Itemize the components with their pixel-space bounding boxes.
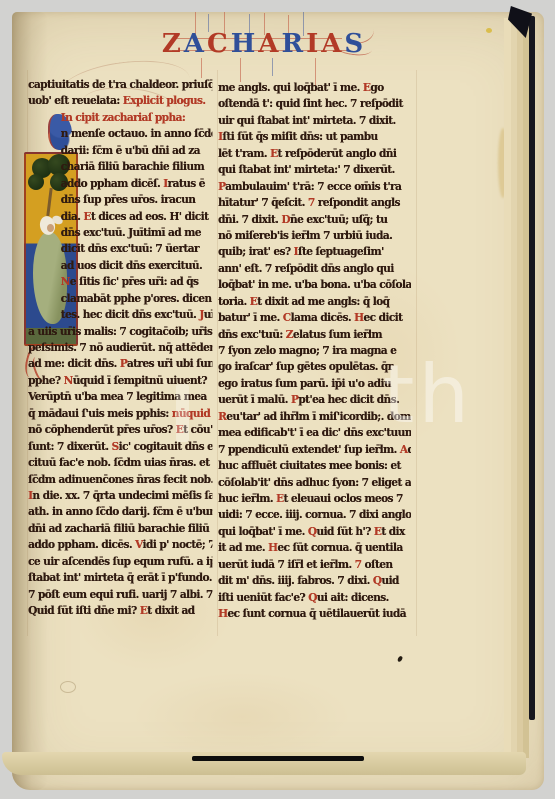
manuscript-page: ZACHARIAS captiuitatis de t'ra chaldeor.… [12,12,544,790]
text-line: lēt t'ram. Et reſpōderūt anglo dn̄i [218,146,411,162]
text-line: 7 ppendiculū extendet' ſup ier̄lm. Ad [218,442,411,458]
text-run: ad me: dicit dn̄s. [28,357,120,370]
text-line: ce uir aſcendēs ſup equm rufū. a ip̄e [28,554,212,570]
text-line: dn̄i ad zachariā filiū barachie filiū [28,521,212,537]
text-run: pt'ea hec dicit dn̄s. [298,393,399,406]
text-run: E [374,525,381,538]
text-line: hītatur' 7 q̄eſcit. 7 reſpondit angls [218,195,411,211]
text-line: ad me: dicit dn̄s. Patres ur̄i ubi ſunt [28,356,212,372]
text-run: ego iratus ſum parū. ip̄i u'o adiu [218,377,391,390]
text-run: uerūt iudā 7 iſr̄l et ier̄lm. [218,558,355,571]
text-run: tes. hec dicit dn̄s exc'tuū. [61,308,200,321]
text-run: hītatur' 7 q̄eſcit. [218,196,308,209]
text-line: huc affluēt ciuitates mee bonis: et [218,458,411,474]
text-run: a uiis ur̄is malis: 7 cogitac̄oib; ur̄is [28,325,212,338]
text-run: Q [308,525,317,538]
text-line: uerūt iudā 7 iſr̄l et ier̄lm. 7 oſten [218,557,411,573]
text-run: ce uir aſcendēs ſup equm rufū. a ip̄e [28,555,212,568]
text-run: ſti ſūt q̄s miſit dn̄s: ut pambu [222,130,377,143]
text-run: 7 ſyon zelo magno; 7 ira magna e [218,344,396,357]
text-run: ec ſūt cornua. q̄ uentila [277,541,402,554]
page-edge [504,18,511,758]
text-run: nō miſereb'is ier̄lm 7 urbiū iuda. [218,229,392,242]
header-letter: H [231,31,257,57]
text-line: dn̄s ſup pr̄es ur̄os. iracun [28,192,212,208]
text-run: huc affluēt ciuitates mee bonis: et [218,459,401,472]
bottom-page-edges [2,752,526,775]
text-run: ſte ſeptuageſim' [298,245,384,258]
text-run: dit m' dn̄s. iiij. fabros. 7 dixi. [218,574,373,587]
text-run: idi p' noctē; 7 ec [142,538,212,551]
text-line: uob' eſt reuelata: Explicit plogus. [28,93,212,109]
text-line: huc ier̄lm. Et eleuaui oclos meos 7 [218,491,411,507]
text-run: cōſolab'it' dn̄s adhuc ſyon: 7 eliget ad [218,476,411,489]
text-run: ec dicit [363,311,402,324]
text-run: t dixit ad [147,604,194,617]
text-run: Q [373,574,382,587]
header-letter: A [321,31,342,57]
text-run: qui loq̄bat' ī me. [218,525,308,538]
text-run: n menſe octauo. in anno ſc̄do [61,127,213,140]
text-run: huc ier̄lm. [218,492,276,505]
text-run: uerūt ī malū. [218,393,291,406]
text-line: ego iratus ſum parū. ip̄i u'o adiu [218,376,411,392]
text-run: ath. in anno ſc̄do darij. fc̄m ē u'bum [28,505,212,518]
text-line: In cipit zachariaſ ppha: [28,110,212,126]
text-line: nō miſereb'is ier̄lm 7 urbiū iuda. [218,228,411,244]
text-line: ad uos dicit dn̄s exercituū. [28,258,212,274]
text-run: uid ſūt h'? [316,525,373,538]
text-line: toria. Et dixit ad me angls: q̄ loq̄ [218,294,411,310]
text-line: Pambulauim' t'rā: 7 ecce om̄is t'ra [218,179,411,195]
text-run: P [120,357,127,370]
text-line: quib; irat' es? Iſte ſeptuageſim' [218,244,411,260]
text-run: dicit dn̄s exc'tuū: 7 ūertar [61,242,199,255]
text-line: loq̄bat' in me. u'ba bona. u'ba cōſola [218,277,411,293]
text-line: it ad me. Hec ſūt cornua. q̄ uentila [218,540,411,556]
text-run: dn̄i ad zachariā filiū barachie filiū [28,522,209,535]
text-run: quib; irat' es? [218,245,294,258]
header-letter: A [258,31,279,57]
text-line: dn̄s exc'tuū. Juītimī ad me [28,225,212,241]
text-run: 7 [308,196,315,209]
text-run: dn̄s exc'tuū. Juītimī ad me [61,226,201,239]
text-run: H [268,541,277,554]
text-line: dn̄s exc'tuū: Zelatus ſum ier̄lm [218,327,411,343]
text-run: P [291,393,298,406]
text-line: Reu'tar' ad ihr̄lm ī miſ'icordib;. dom' [218,409,411,425]
text-run: d [407,443,411,456]
text-run: uob' eſt reuelata: [28,94,123,107]
text-line: uir qui ſtabat int' mirteta. 7 dixit. [218,113,411,129]
text-line: Iſti ſūt q̄s miſit dn̄s: ut pambu [218,129,411,145]
text-run: E [176,423,183,436]
pen-flourish [240,58,241,82]
text-run: ūquid ī ſempitnū uiuent? [73,374,207,387]
text-line: qui loq̄bat' ī me. Quid ſūt h'? Et dix [218,524,411,540]
text-run: e ſitis ſic' pr̄es ur̄i: ad q̄s [70,275,199,288]
text-run: t cōu'ſi [183,423,212,436]
text-run: oſten [361,558,392,571]
header-letter: Z [162,31,182,57]
text-line: pphe? Nūquid ī ſempitnū uiuent? [28,373,212,389]
text-run: D [281,213,290,226]
text-line: ath. in anno ſc̄do darij. fc̄m ē u'bum [28,504,212,520]
text-run: uir qui ſtabat int' mirteta. 7 dixit. [218,114,396,127]
text-run: nō cōphenderūt pr̄es ur̄os? [28,423,176,436]
text-line: Hec ſunt cornua q̄ uētilauerūt iudā [218,606,411,622]
text-run: Z [286,328,293,341]
text-line: peſsimis. 7 nō audierūt. nq̄ attēderūt [28,340,212,356]
text-run: ad uos dicit dn̄s exercituū. [61,259,202,272]
text-run: uidi: 7 ecce. iiij. cornua. 7 dixi anglo… [218,508,411,521]
text-run: E [250,295,257,308]
text-line: tes. hec dicit dn̄s exc'tuū. Juītimī [28,307,212,323]
text-run: t dix [381,525,404,538]
text-run: n die. xx. 7 q̄rta undecimi mēſis ſab [32,489,212,502]
text-line: Ne ſitis ſic' pr̄es ur̄i: ad q̄s [28,274,212,290]
text-run: atres ur̄i ubi ſunt [127,357,212,370]
text-line: mea edificab't' ī ea dic' dn̄s exc'tuum. [218,425,411,441]
text-run: clamabāt pphe p'ores. dicen [61,292,212,305]
text-line: addo ppham dicēſ. Iratus ē [28,176,212,192]
text-line: addo ppham. dicēs. Vidi p' noctē; 7 ec [28,537,212,553]
text-run: cituū fac'e nob. ſc̄dm uias n̄ras. et [28,456,209,469]
text-line: dit m' dn̄s. iiij. fabros. 7 dixi. Quid [218,573,411,589]
running-title-zacharias: ZACHARIAS [170,28,356,60]
text-line: ſunt: 7 dixerūt. Sic' cogitauit dn̄s ex' [28,439,212,455]
text-run: n̄e exc'tuū; uſq̄; tu [290,213,387,226]
text-run: 7 pōſt eum equi rufi. uarij 7 albi. 7 di… [28,588,212,601]
text-line: cituū fac'e nob. ſc̄dm uias n̄ras. et [28,455,212,471]
text-line: uidi: 7 ecce. iiij. cornua. 7 dixi anglo… [218,507,411,523]
photo-background: ZACHARIAS captiuitatis de t'ra chaldeor.… [0,0,555,799]
text-run: Quid ſūt iſti dn̄e mi? [28,604,140,617]
text-run: t eleuaui oclos meos 7 [283,492,402,505]
book-cover-edge [529,16,535,720]
text-line: Quid ſūt iſti dn̄e mi? Et dixit ad [28,603,212,619]
text-line: cōſolab'it' dn̄s adhuc ſyon: 7 eliget ad [218,475,411,491]
text-line: 7 ſyon zelo magno; 7 ira magna e [218,343,411,359]
text-run: toria. [218,295,250,308]
text-run: ratus ē [168,177,205,190]
text-run: uītimī [204,308,213,321]
text-line: go iraſcar' ſup gētes opulētas. q̄r [218,359,411,375]
text-run: pphe? [28,374,64,387]
text-column-left: captiuitatis de t'ra chaldeor. priuſq̄uo… [28,77,220,619]
text-run: E [270,147,277,160]
text-run: ec ſunt cornua q̄ uētilauerūt iudā [227,607,406,620]
text-line: dn̄i. 7 dixit. Dn̄e exc'tuū; uſq̄; tu [218,212,411,228]
text-line: n menſe octauo. in anno ſc̄do [28,126,212,142]
text-line: dia. Et dices ad eos. H' dicit [28,209,212,225]
text-line: ſtabat int' mirteta q̄ erāt ī p'fundo. [28,570,212,586]
text-run: E [363,81,370,94]
text-run: batur' ī me. [218,311,283,324]
text-run: qui ſtabat int' mirteta:' 7 dixerūt. [218,163,395,176]
text-run: lama dicēs. [291,311,354,324]
text-line: ann' eſt. 7 reſpōdit dn̄s anglo qui [218,261,411,277]
text-line: clamabāt pphe p'ores. dicen [28,291,212,307]
text-run: addo ppham. dicēs. [28,538,135,551]
text-line: oſtendā t': quid ſint hec. 7 reſpōdit [218,96,411,112]
parchment-stain [132,672,352,762]
text-run: uid [381,574,398,587]
text-run: t dices ad eos. H' dicit [91,210,208,223]
text-run: me angls. qui loq̄bat' ī me. [218,81,363,94]
wax-spot [486,28,492,33]
ink-speck [397,655,403,662]
text-run: go iraſcar' ſup gētes opulētas. q̄r [218,360,393,373]
text-run: elatus ſum ier̄lm [293,328,382,341]
text-run: t reſpōderūt anglo dn̄i [277,147,396,160]
text-line: dicit dn̄s exc'tuū: 7 ūertar [28,241,212,257]
text-run: oſtendā t': quid ſint hec. 7 reſpōdit [218,97,403,110]
text-line: q̄ mādaui ſ'uis meis pphis: nūquid [28,406,212,422]
text-run: go [370,81,383,94]
cover-gap-shadow [192,756,364,761]
text-run: reſpondit angls [315,196,400,209]
text-run: t dixit ad me angls: q̄ loq̄ [257,295,389,308]
pen-flourish [201,58,202,78]
text-run: dia. [61,210,84,223]
text-run: peſsimis. 7 nō audierūt. nq̄ attēderūt [28,341,212,354]
text-run: eu'tar' ad ihr̄lm ī miſ'icordib;. dom' [226,410,411,423]
text-run: loq̄bat' in me. u'ba bona. u'ba cōſola [218,278,411,291]
text-run: In cipit zachariaſ ppha: [61,111,185,124]
text-line: nō cōphenderūt pr̄es ur̄os? Et cōu'ſi [28,422,212,438]
text-line: qui ſtabat int' mirteta:' 7 dixerūt. [218,162,411,178]
text-run: Explicit plogus. [123,94,206,107]
text-run: chariā filiū barachie filium [61,160,204,173]
text-run: R [218,410,226,423]
text-line: iſti ueniūt fac'e? Qui ait: dicens. [218,590,411,606]
text-run: nūquid [172,407,210,420]
header-letter: C [207,31,229,57]
header-letter: R [281,31,304,57]
text-run: ambulauim' t'rā: 7 ecce om̄is t'ra [225,180,401,193]
text-run: ſunt: 7 dixerūt. [28,440,111,453]
text-run: dn̄i. 7 dixit. [218,213,281,226]
text-run: ui ait: dicens. [317,591,389,604]
text-line: uerūt ī malū. Ppt'ea hec dicit dn̄s. [218,392,411,408]
text-run: iſti ueniūt fac'e? [218,591,308,604]
header-letter: S [344,31,364,57]
text-run: ſc̄dm adinuenc̄ones n̄ras fecit nob. [28,473,212,486]
text-run: Verūptn̄ u'ba mea 7 legitima mea [28,390,207,403]
text-run: N [64,374,73,387]
text-run: ann' eſt. 7 reſpōdit dn̄s anglo qui [218,262,394,275]
text-run: ic' cogitauit dn̄s ex' [119,440,213,453]
text-run: mea edificab't' ī ea dic' dn̄s exc'tuum. [218,426,411,439]
text-line: batur' ī me. Clama dicēs. Hec dicit [218,310,411,326]
faint-ring-stain [60,681,76,693]
text-run: ſtabat int' mirteta q̄ erāt ī p'fundo. [28,571,212,584]
text-line: a uiis ur̄is malis: 7 cogitac̄oib; ur̄is [28,324,212,340]
text-line: darii: fc̄m ē u'bū dn̄i ad za [28,143,212,159]
text-run: it ad me. [218,541,268,554]
text-run: 7 ppendiculū extendet' ſup ier̄lm. [218,443,400,456]
text-line: ſc̄dm adinuenc̄ones n̄ras fecit nob. [28,472,212,488]
text-line: In die. xx. 7 q̄rta undecimi mēſis ſab [28,488,212,504]
text-run: H [218,607,227,620]
text-line: Verūptn̄ u'ba mea 7 legitima mea [28,389,212,405]
text-column-right: me angls. qui loq̄bat' ī me. Egooſtendā … [218,80,419,622]
text-run: captiuitatis de t'ra chaldeor. priuſq̄ [28,78,212,91]
text-run: dn̄s exc'tuū: [218,328,286,341]
text-run: dn̄s ſup pr̄es ur̄os. iracun [61,193,196,206]
text-run: Q [308,591,317,604]
text-run: lēt t'ram. [218,147,270,160]
text-line: me angls. qui loq̄bat' ī me. Ego [218,80,411,96]
text-run: darii: fc̄m ē u'bū dn̄i ad za [61,144,200,157]
text-run: C [283,311,291,324]
header-letter: I [306,31,319,57]
text-run: addo ppham dicēſ. [61,177,164,190]
header-letter: A [184,31,205,57]
text-run: q̄ mādaui ſ'uis meis pphis: [28,407,172,420]
text-line: chariā filiū barachie filium [28,159,212,175]
text-line: captiuitatis de t'ra chaldeor. priuſq̄ [28,77,212,93]
pen-flourish [272,58,273,76]
text-line: 7 pōſt eum equi rufi. uarij 7 albi. 7 di… [28,587,212,603]
